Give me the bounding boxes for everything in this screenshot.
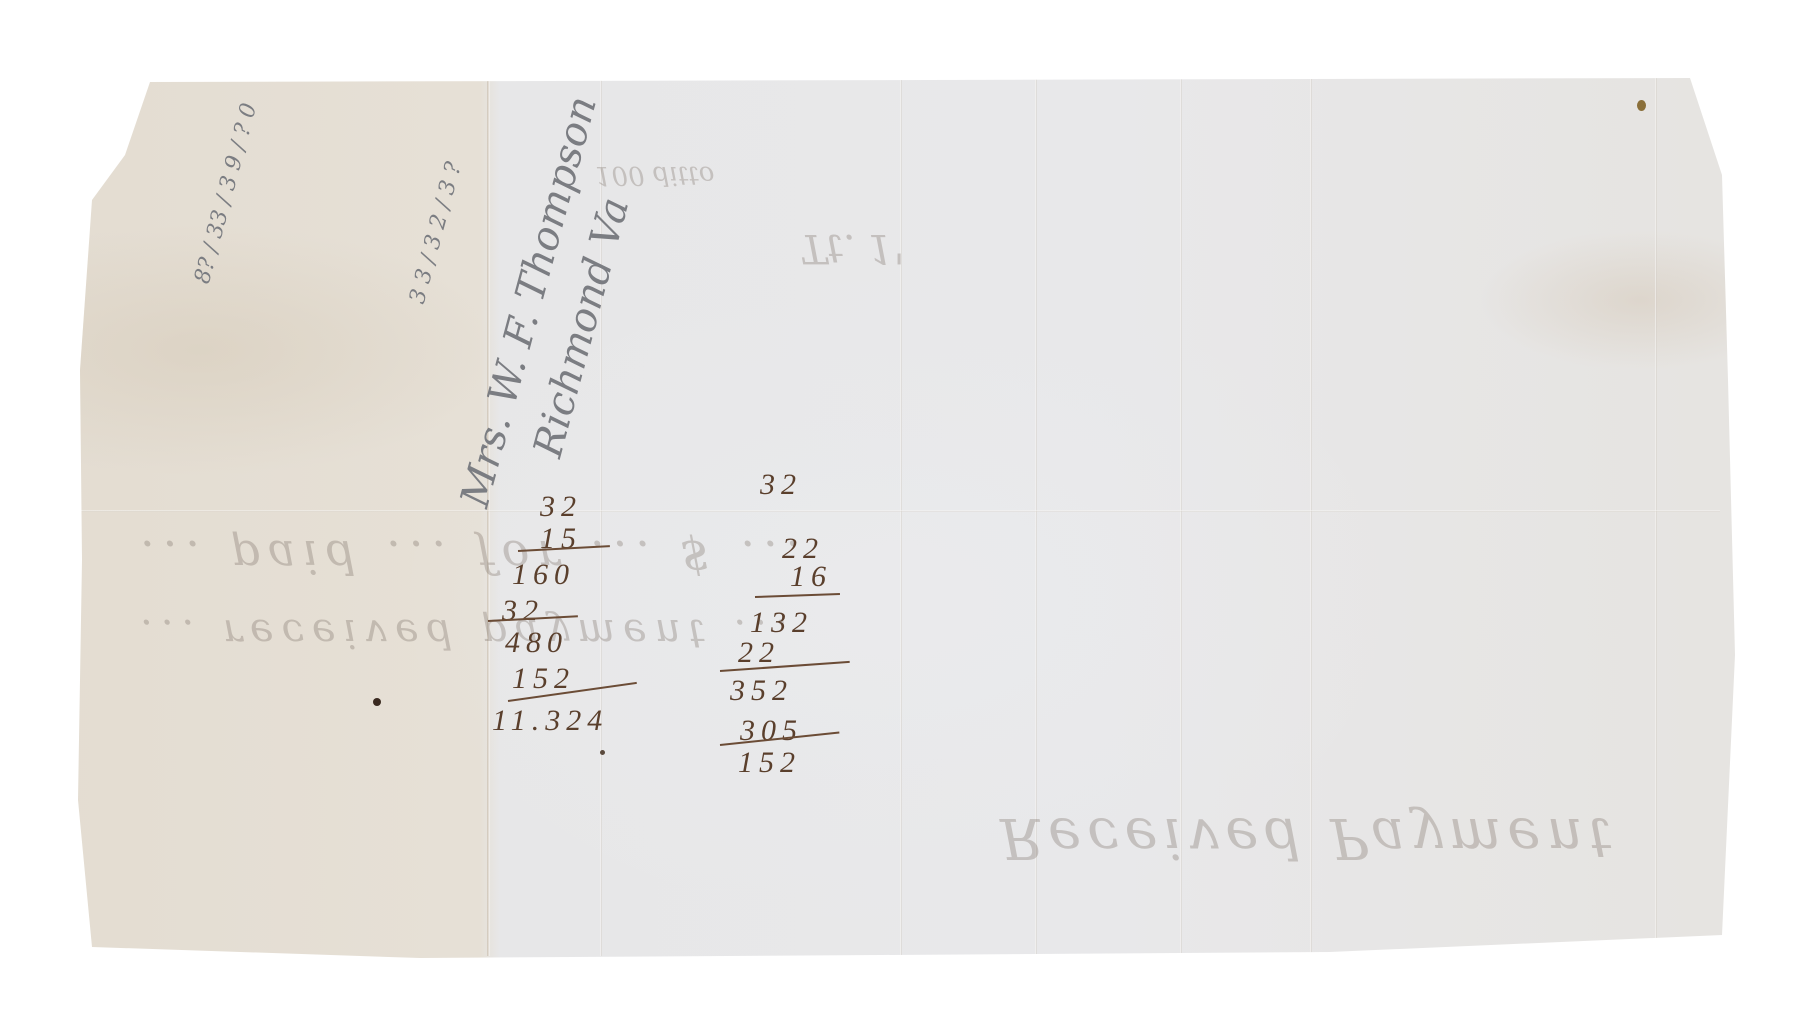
calc-line: 32 — [760, 470, 802, 500]
calc-line: 22 — [738, 638, 780, 668]
calc-line: 32 — [502, 596, 544, 626]
calc-line: 11.324 — [492, 706, 608, 736]
calc-line: 152 — [512, 664, 575, 694]
ink-spot — [600, 750, 605, 755]
ink-spot — [373, 698, 381, 706]
paper-sheet: 100 ditto Tt. 1' ... paid ... for ... $ … — [0, 0, 1800, 1018]
fold-line — [1655, 78, 1657, 956]
calc-line: 132 — [750, 608, 813, 638]
fold-line — [487, 78, 490, 956]
bleed-through-text: Received Payment — [1000, 805, 1617, 870]
horizontal-fold-line — [80, 510, 1720, 512]
calc-line: 160 — [512, 560, 575, 590]
calc-line: 16 — [790, 562, 832, 592]
bleed-through-text: Tt. 1' — [800, 225, 905, 271]
document-photo: 100 ditto Tt. 1' ... paid ... for ... $ … — [0, 0, 1800, 1018]
calc-line: 480 — [505, 628, 568, 658]
pencil-figures: 8? / 33 / 3 9 / ? 0 — [190, 101, 262, 287]
calc-line: 152 — [738, 748, 801, 778]
bleed-through-text: ... paid ... for ... $ ... — [140, 530, 808, 584]
calc-line: 352 — [730, 676, 793, 706]
ink-spot — [1637, 100, 1646, 111]
calc-line: 32 — [540, 492, 582, 522]
bleed-through-text: 100 ditto — [595, 160, 714, 190]
fold-line — [900, 78, 902, 956]
pencil-figures: 3 3 / 3 2 / 3 ? — [405, 159, 467, 306]
bleed-through-text: ... received payment ... — [140, 610, 795, 656]
calc-rule — [755, 593, 840, 598]
